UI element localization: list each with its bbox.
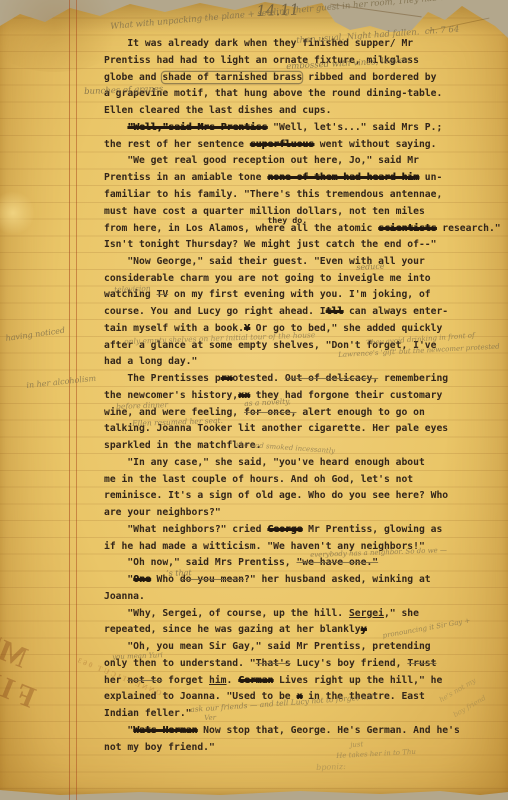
- typed-line: "In any case," she said, "you've heard e…: [104, 455, 506, 472]
- typed-segment: "Now George," said their guest. "Even wi…: [104, 256, 425, 267]
- typed-segment: talking. Joanna Tooker lit another cigar…: [104, 423, 448, 434]
- typed-segment: Lucy's boy friend,: [291, 658, 408, 669]
- typed-x-strikeout: scientists: [378, 223, 436, 234]
- typed-segment: ?" her husband asked, winking at: [244, 574, 431, 585]
- typed-underline: Sergei: [349, 608, 384, 619]
- typed-segment: Lives right up the hill," he: [273, 675, 442, 686]
- typed-segment: ": [104, 574, 133, 585]
- typed-segment: Indian feller.": [104, 708, 192, 719]
- pencil-strikeout: That's: [256, 658, 291, 669]
- pencil-strikeout: Out of delicacy,: [285, 373, 378, 384]
- typed-segment: me in the last couple of hours. And oh G…: [104, 474, 413, 485]
- typed-line: It was already dark when they finished s…: [104, 36, 506, 53]
- typed-segment: research.": [436, 223, 500, 234]
- typed-line: after a glance at some empty shelves, "D…: [104, 338, 506, 355]
- typed-line: only then to understand. "That's Lucy's …: [104, 656, 506, 673]
- typed-line: talking. Joanna Tooker lit another cigar…: [104, 421, 506, 438]
- typed-segment: are your neighbors?": [104, 507, 221, 518]
- typed-segment: wine, and were feeling,: [104, 407, 244, 418]
- typed-x-strikeout: "Well,"said Mrs Prentiss: [127, 122, 267, 133]
- margin-rule: [69, 0, 77, 800]
- typed-segment: [104, 122, 127, 133]
- typed-segment: .: [227, 675, 239, 686]
- typed-segment: ": [104, 725, 133, 736]
- typed-segment: Ellen cleared the last dishes and cups.: [104, 105, 331, 116]
- typed-line: sparkled in the matchflare.: [104, 438, 506, 455]
- typed-line: "Wats Herman Now stop that, George. He's…: [104, 723, 506, 740]
- typed-line: Indian feller.": [104, 706, 506, 723]
- typed-segment: after a glance at some empty shelves, "D…: [104, 340, 436, 351]
- typed-segment: "What neighbors?" cried: [104, 524, 267, 535]
- typed-x-strikeout: Wats Herman: [133, 725, 197, 736]
- typed-segment: forget: [162, 675, 209, 686]
- typed-line: "Why, Sergei, of course, up the hill. Se…: [104, 606, 506, 623]
- typed-segment: "Oh now," said Mrs Prentiss,: [104, 557, 296, 568]
- pencil-strikeout: not to: [127, 675, 162, 686]
- typed-x-strikeout: superfluous: [250, 139, 314, 150]
- typed-line: the rest of her sentence superfluous wen…: [104, 137, 506, 154]
- typed-segment: they had forgone their customary: [250, 390, 442, 401]
- typed-segment: must have cost a quarter million dollars…: [104, 206, 425, 217]
- typed-line: the newcomer's history,xx they had forgo…: [104, 388, 506, 405]
- typed-line: from here, in Los Alamos, whthey do.ere …: [104, 220, 506, 237]
- typed-line: not my boy friend.": [104, 740, 506, 757]
- typed-segment: "Why, Sergei, of course, up the hill.: [104, 608, 349, 619]
- typed-line: familiar to his family. "There's this tr…: [104, 187, 506, 204]
- typed-segment: her: [104, 675, 127, 686]
- typed-line: if he had made a witticism. "We haven't …: [104, 539, 506, 556]
- typed-segment: It was already dark when they finished s…: [104, 38, 413, 49]
- typed-segment: alert enough to go on: [296, 407, 424, 418]
- typed-segment: sparkled in the matchflare.: [104, 440, 261, 451]
- typed-line: Prentiss in an amiable tone none of them…: [104, 170, 506, 187]
- typed-segment: considerable charm you are not going to …: [104, 273, 431, 284]
- typed-segment: "Well, let's..." said Mrs P.;: [267, 122, 442, 133]
- typed-line: a grapevine motif, that hung above the r…: [104, 86, 506, 103]
- typed-segment: on my first evening with you. I'm joking…: [168, 289, 430, 300]
- typed-segment: Who: [151, 574, 180, 585]
- typed-x-strikeout: One: [133, 574, 151, 585]
- typed-line: repeated, since he was gazing at her bla…: [104, 622, 506, 639]
- typed-segment: Prentiss in an amiable tone: [104, 172, 267, 183]
- typed-x-strikeout: none of them had heard him: [267, 172, 419, 183]
- typed-line: The Prentisses prxotested. Out of delica…: [104, 371, 506, 388]
- typed-segment: un-: [419, 172, 442, 183]
- typed-segment: Or go to bed," she added quickly: [250, 323, 442, 334]
- typed-line: "We get real good reception out here, Jo…: [104, 153, 506, 170]
- typed-segment: a grapevine motif, that hung above the r…: [104, 88, 442, 99]
- pencil-strikeout: TV: [157, 289, 169, 300]
- typed-line: considerable charm you are not going to …: [104, 271, 506, 288]
- typed-line: "Oh, you mean Sir Gay," said Mr Prentiss…: [104, 639, 506, 656]
- typed-x-strikeout: xx: [238, 390, 250, 401]
- typed-line: are your neighbors?": [104, 505, 506, 522]
- typed-segment: ribbed and bordered by: [302, 72, 436, 83]
- typed-line: "Well,"said Mrs Prentiss "Well, let's...…: [104, 120, 506, 137]
- typed-segment: Joanna.: [104, 591, 145, 602]
- pencil-strikeout: for once,: [244, 407, 297, 418]
- typed-segment: tain myself with a book.: [104, 323, 244, 334]
- typed-segment: course. You and Lucy go right ahead. I: [104, 306, 326, 317]
- typed-x-strikeout: y: [361, 624, 367, 635]
- typed-line: Ellen cleared the last dishes and cups.: [104, 103, 506, 120]
- typed-line: "Oh now," said Mrs Prentiss, "we have on…: [104, 555, 506, 572]
- typed-line: Prentiss had had to light an ornate fixt…: [104, 53, 506, 70]
- typed-segment: the rest of her sentence: [104, 139, 250, 150]
- typed-segment: watching: [104, 289, 157, 300]
- typed-segment: otested.: [232, 373, 285, 384]
- typed-line: "Now George," said their guest. "Even wi…: [104, 254, 506, 271]
- typed-line: Joanna.: [104, 589, 506, 606]
- typed-segment: went without saying.: [314, 139, 436, 150]
- typed-segment: not my boy friend.": [104, 742, 215, 753]
- typed-line: "What neighbors?" cried George Mr Prenti…: [104, 522, 506, 539]
- typed-line: globe and shade of tarnished brass ribbe…: [104, 70, 506, 87]
- tear-crease: [330, 4, 421, 18]
- typed-segment: "In any case," she said, "you've heard e…: [104, 457, 425, 468]
- typed-x-strikeout: German: [238, 675, 273, 686]
- typed-segment: if he had made a witticism. "We haven't …: [104, 541, 425, 552]
- typed-segment: only then to understand. ": [104, 658, 256, 669]
- typed-segment: Mr Prentiss, glowing as: [302, 524, 442, 535]
- typed-segment: "Oh, you mean Sir Gay," said Mr Prentiss…: [104, 641, 431, 652]
- typed-line: her not to forget him. German Lives righ…: [104, 673, 506, 690]
- typed-segment: had a long day.": [104, 356, 197, 367]
- typed-line: tain myself with a book.Y Or go to bed,"…: [104, 321, 506, 338]
- typed-line: reminisce. It's a sign of old age. Who d…: [104, 488, 506, 505]
- typed-line: explained to Joanna. "Used to be x in th…: [104, 689, 506, 706]
- typed-line: wine, and were feeling, for once, alert …: [104, 405, 506, 422]
- typed-line: me in the last couple of hours. And oh G…: [104, 472, 506, 489]
- pencil-boxed-text: shade of tarnished brass: [162, 72, 302, 83]
- typed-line: Isn't tonight Thursday? We might just ca…: [104, 237, 506, 254]
- typed-underline: him: [209, 675, 227, 686]
- pencil-strikeout: do you mean: [180, 574, 244, 585]
- pencil-strikeout: Trust: [407, 658, 436, 669]
- typed-segment: Now stop that, George. He's German. And …: [197, 725, 459, 736]
- typed-x-strikeout: George: [267, 524, 302, 535]
- typed-x-strikeout: tll: [326, 306, 344, 317]
- typed-segment: Prentiss had had to light an ornate fixt…: [104, 55, 419, 66]
- typed-line: watching TV on my first evening with you…: [104, 287, 506, 304]
- typed-segment: "We get real good reception out here, Jo…: [104, 155, 419, 166]
- typed-segment: globe and: [104, 72, 162, 83]
- typed-segment: The Prentisses p: [104, 373, 221, 384]
- typed-text: It was already dark when they finished s…: [104, 36, 506, 756]
- typed-segment: familiar to his family. "There's this tr…: [104, 189, 442, 200]
- typed-segment: repeated, since he was gazing at her bla…: [104, 624, 361, 635]
- typed-line: "One Who do you mean?" her husband asked…: [104, 572, 506, 589]
- typed-line: course. You and Lucy go right ahead. Itl…: [104, 304, 506, 321]
- typed-segment: remembering: [378, 373, 448, 384]
- manuscript-page: 103 WATER STREET MERRY FINAL CONNECTICUT…: [0, 0, 508, 800]
- typed-segment: can always enter-: [343, 306, 448, 317]
- typed-segment: Isn't tonight Thursday? We might just ca…: [104, 239, 436, 250]
- typed-line: had a long day.": [104, 354, 506, 371]
- typed-segment: the newcomer's history,: [104, 390, 238, 401]
- typed-segment: explained to Joanna. "Used to be: [104, 691, 296, 702]
- pencil-strikeout: "we have one.": [296, 557, 378, 568]
- typed-segment: from here, in Los Alamos, wh: [104, 223, 267, 234]
- typed-segment: in the theatre. East: [302, 691, 424, 702]
- typed-segment: reminisce. It's a sign of old age. Who d…: [104, 490, 448, 501]
- typed-segment: ," she: [384, 608, 419, 619]
- typed-x-strikeout: rx: [221, 373, 233, 384]
